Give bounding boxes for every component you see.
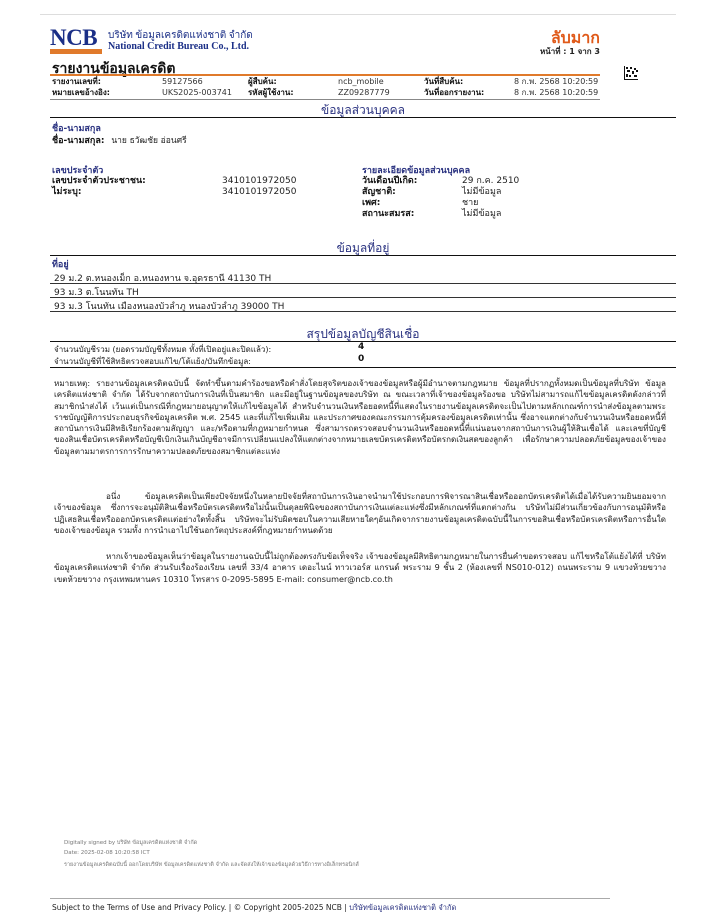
id-heading: เลขประจำตัว [52,163,103,177]
id-values: 3410101972050 3410101972050 [222,176,296,198]
note-paragraph-2: อนึ่ง ข้อมูลเครดิตเป็นเพียงปัจจัยหนึ่งใน… [54,491,666,536]
meta-values-mid: ncb_mobile ZZ09287779 [338,76,390,98]
nationality-label: สัญชาติ: [362,187,417,198]
credit-report-page: NCB บริษัท ข้อมูลเครดิตแห่งชาติ จำกัด Na… [40,14,676,910]
gender-value: ชาย [462,198,519,209]
unspecified-label: ไม่ระบุ: [52,187,146,198]
user-code-label: รหัสผู้ใช้งาน: [248,87,294,98]
signed-by: Digitally signed by บริษัท ข้อมูลเครดิตแ… [64,839,197,847]
signed-date: Date: 2025-02-08 10:20:58 ICT [64,850,150,856]
address-heading: ที่อยู่ [52,257,69,271]
citizen-id-value: 3410101972050 [222,176,296,187]
name-value: นาย ธวัฒชัย อ่อนศรี [111,136,186,146]
dob-value: 29 ก.ค. 2510 [462,176,519,187]
logo-text: NCB [50,28,102,48]
nationality-value: ไม่มีข้อมูล [462,187,519,198]
footer-divider [50,898,610,899]
meta-labels-left: รายงานเลขที่: หมายเลขอ้างอิง: [52,76,110,98]
inquirer-value: ncb_mobile [338,76,390,87]
ref-no-value: UKS2025-003741 [162,87,232,98]
company-name-en: National Credit Bureau Co., Ltd. [108,41,249,52]
meta-values-right: 8 ก.พ. 2568 10:20:59 8 ก.พ. 2568 10:20:5… [514,76,598,98]
ncb-logo: NCB [50,28,102,54]
meta-values-left: 59127566 UKS2025-003741 [162,76,232,98]
footer-company: บริษัทข้อมูลเครดิตแห่งชาติ จำกัด [349,903,456,912]
footer-terms[interactable]: Subject to the Terms of Use and Privacy … [52,903,347,912]
name-row: ชื่อ-นามสกุล: นาย ธวัฒชัย อ่อนศรี [52,136,187,147]
unspecified-id-value: 3410101972050 [222,187,296,198]
note-paragraph-3: หากเจ้าของข้อมูลเห็นว่าข้อมูลในรายงานฉบั… [54,551,666,585]
report-no-value: 59127566 [162,76,232,87]
datamatrix-code-icon [624,66,638,80]
signature-statement: รายงานข้อมูลเครดิตฉบับนี้ ออกโดยบริษัท ข… [64,861,359,869]
footer: Subject to the Terms of Use and Privacy … [52,902,456,914]
user-code-value: ZZ09287779 [338,87,390,98]
report-no-label: รายงานเลขที่: [52,76,110,87]
inquiry-date-value: 8 ก.พ. 2568 10:20:59 [514,76,598,87]
section-personal-line [50,117,676,118]
page-indicator: หน้าที่ : 1 จาก 3 [540,45,600,58]
address-divider [50,283,676,284]
note-paragraph-1: หมายเหตุ: รายงานข้อมูลเครดิตฉบับนี้ จัดท… [54,378,666,457]
total-accounts-value: 4 [358,342,364,352]
name-label: ชื่อ-นามสกุล: [52,136,104,146]
issue-date-value: 8 ก.พ. 2568 10:20:59 [514,87,598,98]
ref-no-label: หมายเลขอ้างอิง: [52,87,110,98]
contact-note: หากเจ้าของข้อมูลเห็นว่าข้อมูลในรายงานฉบั… [54,551,666,585]
gender-label: เพศ: [362,198,417,209]
issue-date-label: วันที่ออกรายงาน: [424,87,484,98]
citizen-id-label: เลขประจำตัวประชาชน: [52,176,146,187]
disclaimer-note: หมายเหตุ: รายงานข้อมูลเครดิตฉบับนี้ จัดท… [54,378,666,457]
consent-note: อนึ่ง ข้อมูลเครดิตเป็นเพียงปัจจัยหนึ่งใน… [54,491,666,536]
meta-labels-right: วันที่สืบค้น: วันที่ออกรายงาน: [424,76,484,98]
detail-heading: รายละเอียดข้อมูลส่วนบุคคล [362,163,470,177]
name-heading: ชื่อ-นามสกุล [52,121,101,135]
inquirer-label: ผู้สืบค้น: [248,76,294,87]
detail-labels: วันเดือนปีเกิด: สัญชาติ: เพศ: สถานะสมรส: [362,176,417,220]
id-labels: เลขประจำตัวประชาชน: ไม่ระบุ: [52,176,146,198]
summary-bottom-line [50,367,676,368]
inquiry-date-label: วันที่สืบค้น: [424,76,484,87]
address-divider [50,297,676,298]
marital-label: สถานะสมรส: [362,209,417,220]
meta-divider [50,99,600,100]
section-address-line [50,255,676,256]
disputed-accounts-value: 0 [358,354,364,364]
meta-labels-mid: ผู้สืบค้น: รหัสผู้ใช้งาน: [248,76,294,98]
address-divider [50,311,676,312]
marital-value: ไม่มีข้อมูล [462,209,519,220]
detail-values: 29 ก.ค. 2510 ไม่มีข้อมูล ชาย ไม่มีข้อมูล [462,176,519,220]
dob-label: วันเดือนปีเกิด: [362,176,417,187]
top-border [40,14,676,15]
